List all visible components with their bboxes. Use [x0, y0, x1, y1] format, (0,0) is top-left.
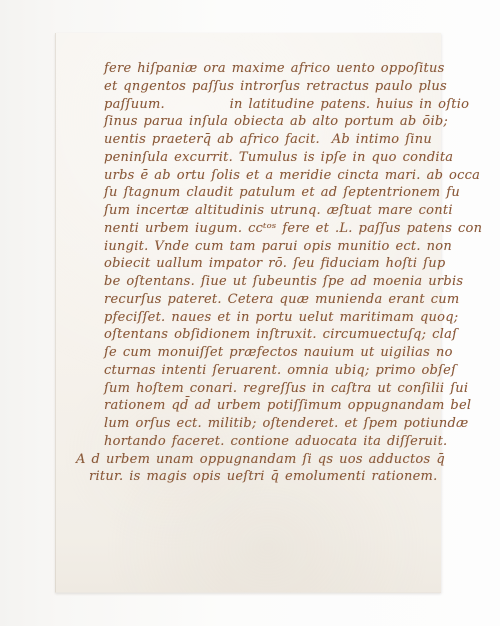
- manuscript-line: rationem qd̄ ad urbem potiſſimum oppugna…: [104, 397, 439, 415]
- manuscript-line: be oſtentans. ſiue ut ſubeuntis ſpe ad m…: [104, 273, 439, 291]
- manuscript-page: fere hiſpaniæ ora maxime africo uento op…: [55, 33, 441, 593]
- manuscript-line: et qngentos paſſus introrſus retractus p…: [104, 78, 439, 96]
- manuscript-line: A d urbem unam oppugnandam ſi qs uos add…: [76, 451, 439, 469]
- manuscript-line: iungit. Vnde cum tam parui opis munitio …: [104, 238, 439, 256]
- manuscript-line: nenti urbem iugum. ccᵗᵒˢ fere et .L. paſ…: [104, 220, 439, 238]
- manuscript-line: ſu ſtagnum claudit patulum et ad ſeptent…: [104, 184, 439, 202]
- manuscript-line: hortando faceret. contione aduocata ita …: [104, 433, 439, 451]
- manuscript-line: ſum incertæ altitudinis utrunq. æſtuat m…: [104, 202, 439, 220]
- text-block: fere hiſpaniæ ora maxime africo uento op…: [104, 60, 439, 486]
- manuscript-line: pfeciſſet. naues et in portu uelut marit…: [104, 309, 439, 327]
- manuscript-line: lum orſus ect. militib; oſtenderet. et ſ…: [104, 415, 439, 433]
- manuscript-line: ſinus parua inſula obiecta ab alto portu…: [104, 113, 439, 131]
- manuscript-line: uentis praeterq̄ ab africo facit. Ab int…: [104, 131, 439, 149]
- photo-backdrop: fere hiſpaniæ ora maxime africo uento op…: [0, 0, 500, 626]
- manuscript-line: ritur. is magis opis ueſtri q̄ emolument…: [89, 468, 439, 486]
- manuscript-line: urbs ē ab ortu ſolis et a meridie cincta…: [104, 167, 439, 185]
- manuscript-line: peninſula excurrit. Tumulus is ipſe in q…: [104, 149, 439, 167]
- manuscript-line: fere hiſpaniæ ora maxime africo uento op…: [104, 60, 439, 78]
- manuscript-line: obiecit uallum impator rō. ſeu fiduciam …: [104, 255, 439, 273]
- manuscript-line: cturnas intenti ſeruarent. omnia ubiq; p…: [104, 362, 439, 380]
- manuscript-line: recurſus pateret. Cetera quæ munienda er…: [104, 291, 439, 309]
- manuscript-line: ſum hoſtem conari. regreſſus in caſtra u…: [104, 380, 439, 398]
- manuscript-line: ſe cum monuiſſet præfectos nauium ut uig…: [104, 344, 439, 362]
- manuscript-line: paſſuum. in latitudine patens. huius in …: [104, 96, 439, 114]
- manuscript-line: oſtentans obſidionem inſtruxit. circumue…: [104, 326, 439, 344]
